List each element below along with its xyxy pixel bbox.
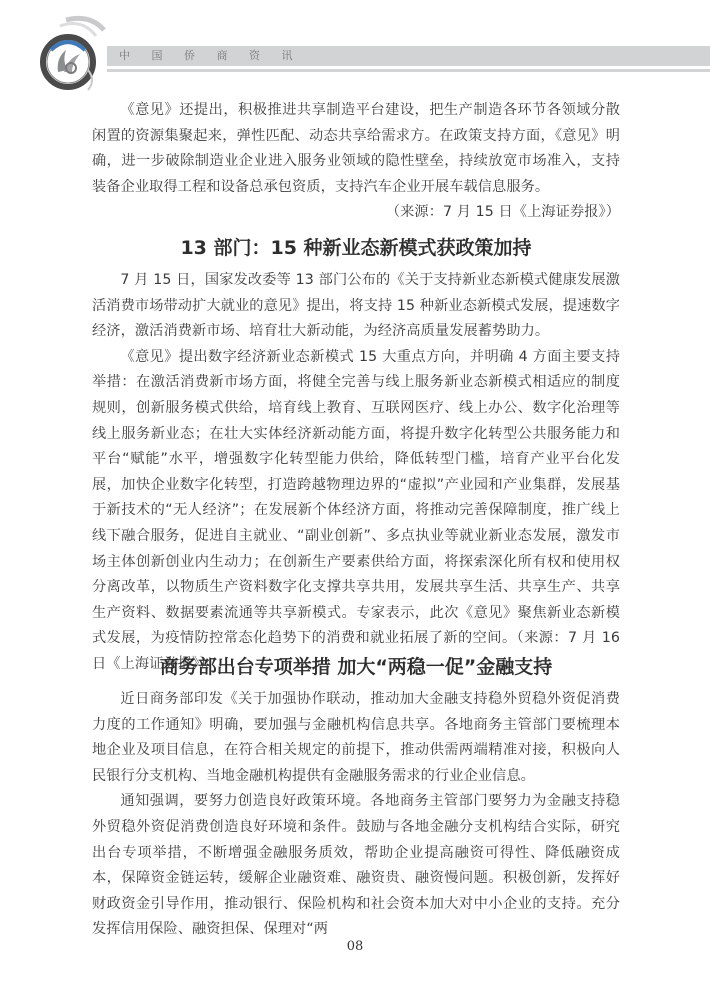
publication-char: 中 <box>119 48 152 64</box>
publication-char: 侨 <box>184 48 217 64</box>
article-paragraph: 《意见》提出数字经济新业态新模式 15 大重点方向，并明确 4 方面主要支持举措… <box>92 345 620 678</box>
publication-char: 国 <box>152 48 185 64</box>
article-paragraph: 《意见》还提出，积极推进共享制造平台建设，把生产制造各环节各领域分散闲置的资源集… <box>92 98 620 200</box>
publication-char: 资 <box>249 48 282 64</box>
article-paragraph: 近日商务部印发《关于加强协作联动，推动加大金融支持稳外贸稳外资促消费力度的工作通… <box>92 687 620 789</box>
article-title: 商务部出台专项举措 加大“两稳一促”金融支持 <box>92 653 620 681</box>
header-stripe <box>107 69 710 72</box>
article-thirteen-departments: 13 部门：15 种新业态新模式获政策加持 7 月 15 日，国家发改委等 13… <box>92 234 620 678</box>
article-paragraph: 通知强调，要努力创造良好政策环境。各地商务主管部门要努力为金融支持稳外贸稳外资促… <box>92 789 620 943</box>
publication-title: 中 国 侨 商 资 讯 <box>119 48 314 64</box>
publication-char: 商 <box>217 48 250 64</box>
source-citation: （来源：7 月 15 日《上海证券报》） <box>357 200 620 226</box>
association-badge-logo-icon <box>38 14 118 94</box>
publication-char: 讯 <box>282 48 315 64</box>
article-commerce-ministry: 商务部出台专项举措 加大“两稳一促”金融支持 近日商务部印发《关于加强协作联动，… <box>92 653 620 943</box>
article-continuation: 《意见》还提出，积极推进共享制造平台建设，把生产制造各环节各领域分散闲置的资源集… <box>92 98 620 226</box>
page-number: 08 <box>0 939 710 954</box>
article-paragraph: 7 月 15 日，国家发改委等 13 部门公布的《关于支持新业态新模式健康发展激… <box>92 268 620 345</box>
article-title: 13 部门：15 种新业态新模式获政策加持 <box>92 234 620 262</box>
